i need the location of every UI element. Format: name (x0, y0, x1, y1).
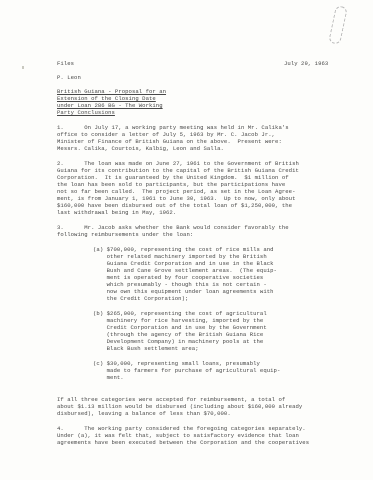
memo-to: Files (57, 60, 74, 67)
memo-date: July 29, 1963 (284, 60, 328, 67)
scan-speck (22, 66, 24, 69)
memo-from: P. Leon (57, 74, 81, 81)
memo-page: Files July 29, 1963 P. Leon British Guia… (0, 0, 373, 480)
paperclip-mark (328, 5, 348, 45)
